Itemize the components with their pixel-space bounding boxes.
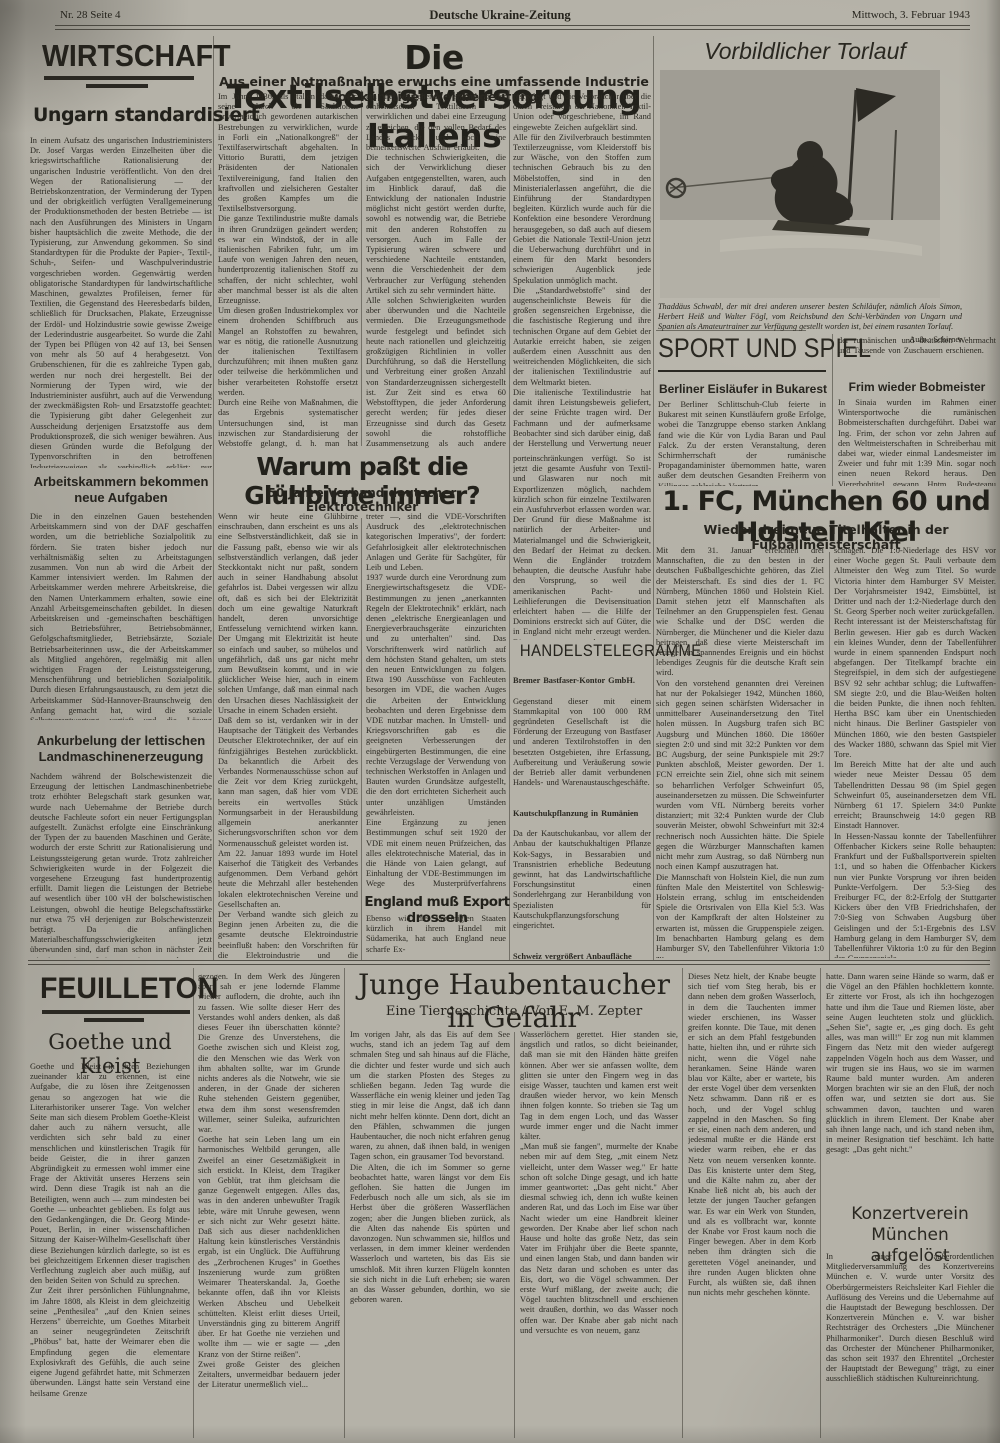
column-rule xyxy=(361,518,362,960)
textil-col1: Im Jahre 1936, als Italien daran war, se… xyxy=(218,92,358,448)
article-body: Nachdem während der Bolschewistenzeit di… xyxy=(30,772,212,958)
goethe-col1: Goethe und Kleist in ihren Beziehungen z… xyxy=(30,1062,190,1438)
article-title: Berliner Eisläufer in Bukarest xyxy=(658,382,828,396)
column-rule xyxy=(514,1032,515,1438)
fussball-col1: Mit dem 31. Januar erreichten drei Manns… xyxy=(656,546,824,958)
feuilleton-underline-short xyxy=(84,1018,144,1022)
export-continuation: porteinschränkungen verfügt. So ist jetz… xyxy=(513,454,651,640)
torlauf-photo xyxy=(660,70,940,298)
haubentaucher-headline: Junge Haubentaucher in Gefahr xyxy=(348,968,680,1034)
header-rule xyxy=(55,25,970,30)
section-title-underline-short xyxy=(86,84,148,88)
torlauf-headline: Vorbildlicher Torlauf xyxy=(660,38,950,65)
article-body: Die in den einzelnen Gauen bestehenden A… xyxy=(30,512,212,720)
handel-item: Bremer Bastfaser-Kontor GmbH. Gegenstand… xyxy=(513,666,651,960)
column-rule xyxy=(344,968,345,1438)
photo-caption: Thaddäus Schwabl, der mit drei anderen u… xyxy=(658,302,962,332)
column-rule xyxy=(820,968,821,1438)
article-title: Ankurbelung der lettischen Landmaschinen… xyxy=(30,733,212,765)
haubentaucher-subhead: Eine Tiergeschichte / Von E. M. Zepter xyxy=(348,1004,680,1019)
column-rule xyxy=(193,968,194,1438)
skier-silhouette-graphic xyxy=(660,70,940,298)
article-title: Arbeitskammern bekommen neue Aufgaben xyxy=(30,474,212,506)
haubentaucher-col4: hatte. Dann waren seine Hände so warm, d… xyxy=(826,972,994,1198)
haubentaucher-col3: Dieses Netz hielt, der Knabe beugte sich… xyxy=(688,972,816,1438)
handel-item-body: Gegenstand dieser mit einem Stammkapital… xyxy=(513,697,651,788)
gluehbirne-col2: treter —, sind die VDE-Vorschriften Ausd… xyxy=(366,512,506,890)
haubentaucher-col1: Im vorigen Jahr, als das Eis auf dem See… xyxy=(350,1030,510,1438)
article-title: Frim wieder Bobmeister xyxy=(838,380,996,394)
goethe-col2: gezogen. In dem Werk des Jüngeren aber s… xyxy=(198,972,340,1438)
column-rule xyxy=(509,90,510,960)
column-rule xyxy=(829,552,830,960)
export-subarticle-body: Ebenso wie die Vereinigten Staaten kürzl… xyxy=(366,914,506,960)
article-body: In Sinaia wurden im Rahmen einer Winters… xyxy=(838,398,996,486)
konzert-body: In einer außerordentlichen Mitgliederver… xyxy=(826,1252,994,1384)
haubentaucher-col2: Wasserlöchern gerettet. Hier standen sie… xyxy=(520,1030,678,1438)
article-body: In einem Aufsatz des ungarischen Industr… xyxy=(30,136,212,468)
section-title-handelstelegramme: HANDELSTELEGRAMME xyxy=(520,642,644,661)
masthead: Deutsche Ukraine-Zeitung xyxy=(0,8,1000,23)
handel-item-body: Da der Kautschukanbau, vor allem der Anb… xyxy=(513,829,651,930)
article-body: Der Berliner Schlittschuh-Club feierte i… xyxy=(658,400,826,486)
gluehbirne-subhead: 50 Jahre Verband deutscher Elektrotechni… xyxy=(214,486,510,514)
section-divider-rule xyxy=(28,960,990,965)
handel-item-title: Schweiz vergrößert Anbaufläche xyxy=(513,952,632,960)
handel-item-title: Bremer Bastfaser-Kontor GmbH. xyxy=(513,676,635,685)
column-rule xyxy=(682,968,683,1438)
fussball-col2: schlagen. Die 1:0-Niederlage des HSV vor… xyxy=(834,546,996,958)
textil-col2: um die weitgehende Verwendung der einhei… xyxy=(366,92,506,448)
section-title-underline xyxy=(44,76,194,80)
newspaper-page: Nr. 28 Seite 4 Deutsche Ukraine-Zeitung … xyxy=(0,0,1000,1443)
caption-rule xyxy=(656,330,806,331)
section-title-feuilleton: FEUILLETON xyxy=(40,972,218,1006)
feuilleton-underline xyxy=(42,1010,190,1014)
article-overflow: der rumänischen und deutschen Wehrmacht … xyxy=(838,336,996,374)
textil-col3: festgelegt und die Verbraucher über die … xyxy=(513,92,651,448)
gluehbirne-col1: Wenn wir heute eine Glühbirne einschraub… xyxy=(218,512,358,960)
header-date: Mittwoch, 3. Februar 1943 xyxy=(852,9,970,21)
section-title-wirtschaft: WIRTSCHAFT xyxy=(42,38,231,74)
handel-item-title: Kautschukpflanzung in Rumänien xyxy=(513,809,638,818)
sport-title-underline xyxy=(658,370,826,372)
